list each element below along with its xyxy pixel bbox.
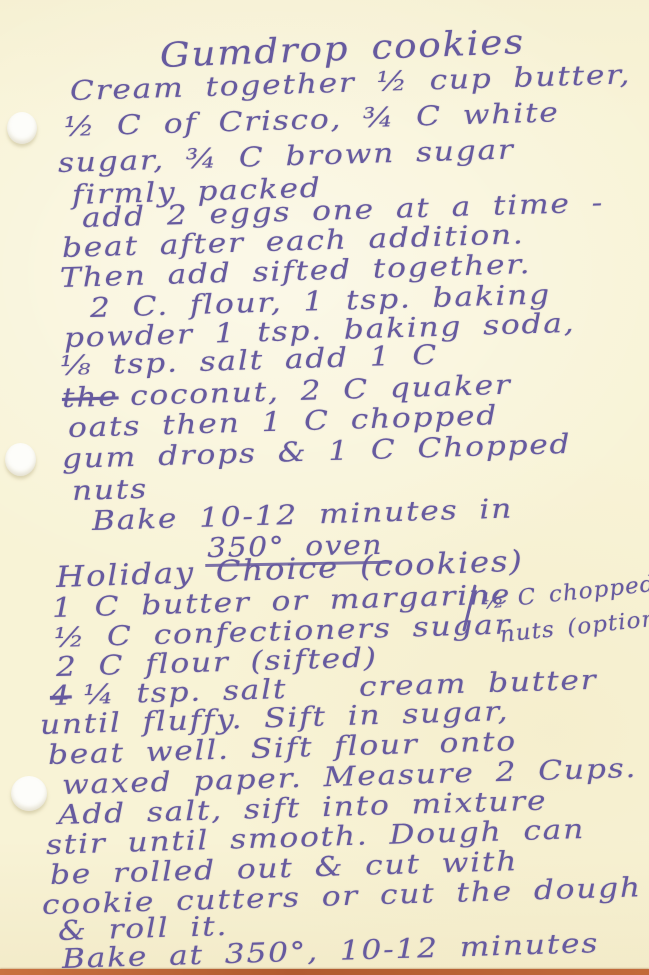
scan-bottom-edge <box>0 969 649 975</box>
recipe-scan-page: Gumdrop cookies Cream together ½ cup but… <box>0 0 649 975</box>
hole-punch-top <box>7 112 37 144</box>
hole-punch-bottom <box>11 776 47 811</box>
handwriting-line: nuts <box>72 474 149 507</box>
struck-word: the <box>62 381 119 414</box>
struck-word: 4 <box>50 680 73 712</box>
hole-punch-middle <box>5 443 36 476</box>
